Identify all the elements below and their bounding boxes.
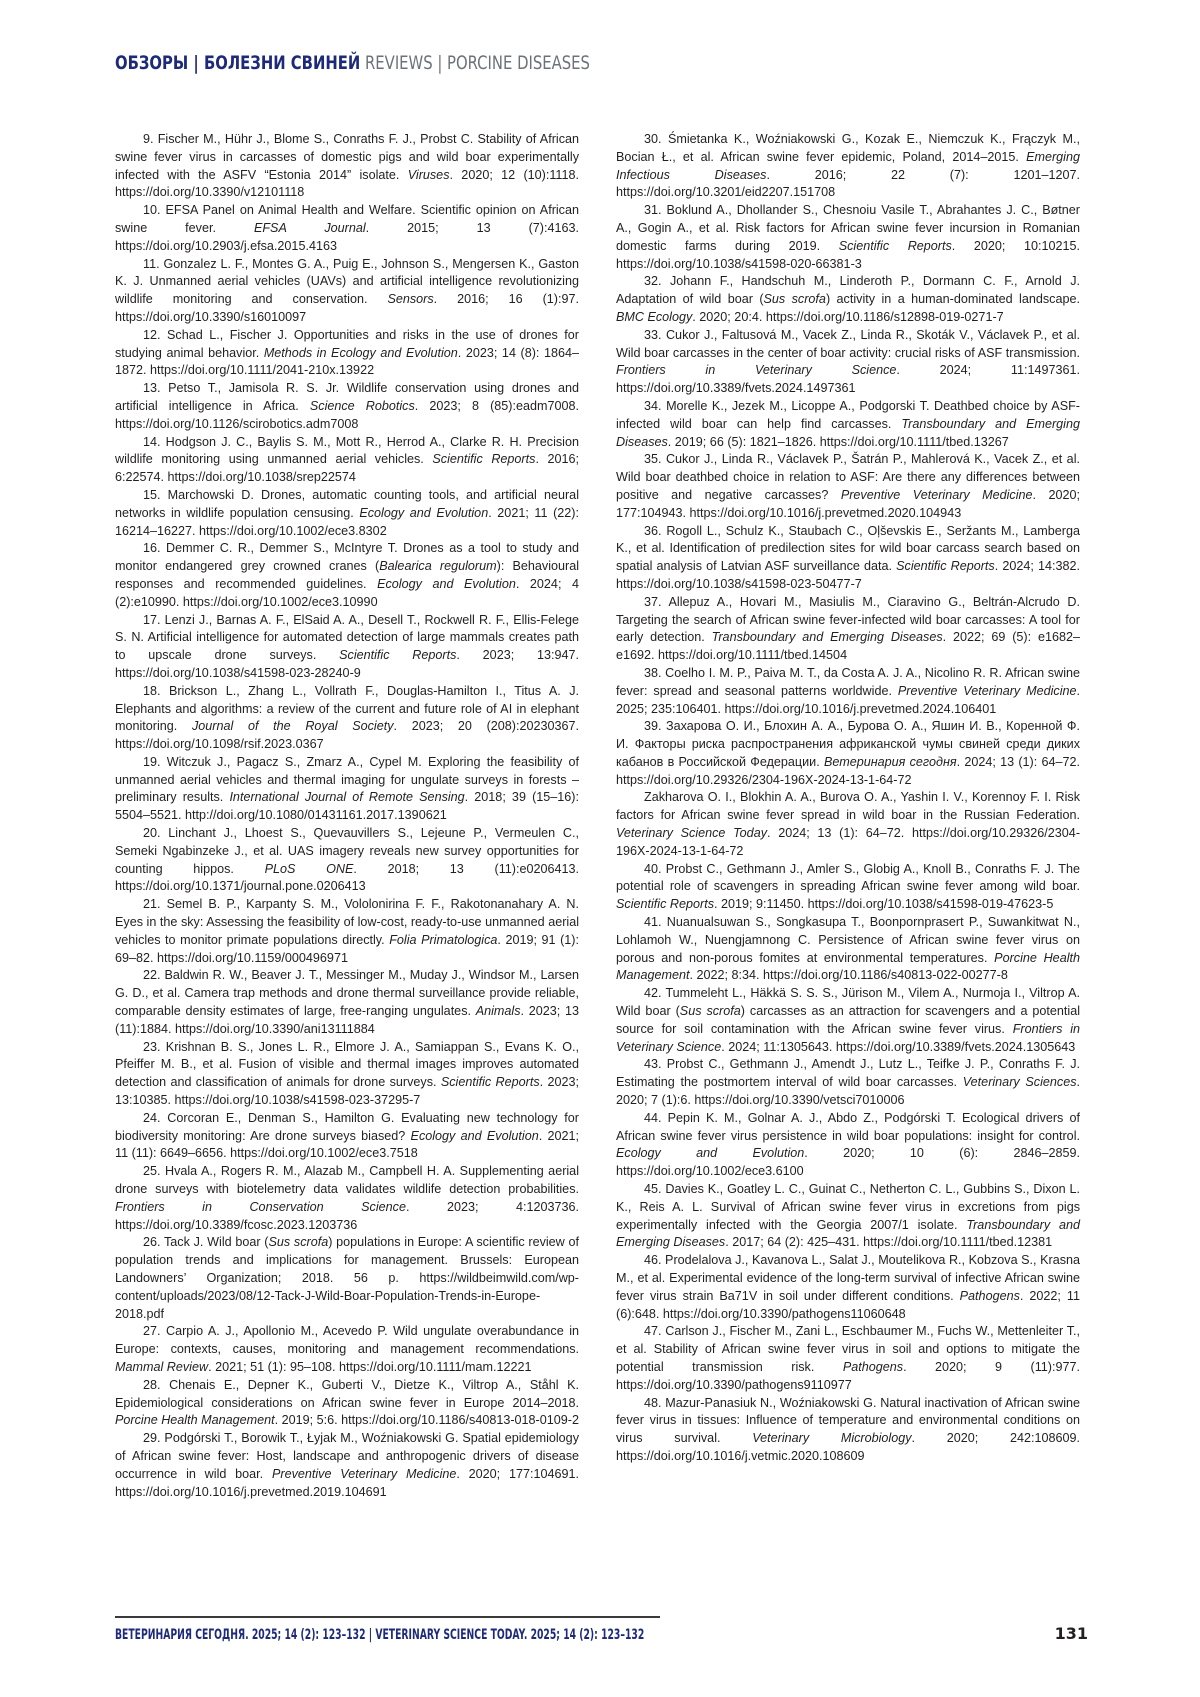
reference-journal: Veterinary Microbiology xyxy=(752,1431,911,1445)
reference-entry: 13. Petso T., Jamisola R. S. Jr. Wildlif… xyxy=(115,380,579,433)
reference-entry: 16. Demmer C. R., Demmer S., McIntyre T.… xyxy=(115,540,579,611)
reference-journal: Scientific Reports xyxy=(432,452,535,466)
reference-journal: Ecology and Evolution xyxy=(359,506,488,520)
reference-journal: Viruses xyxy=(408,168,450,182)
reference-journal: Sensors xyxy=(387,292,433,306)
reference-journal: Scientific Reports xyxy=(616,897,714,911)
reference-journal: Scientific Reports xyxy=(339,648,456,662)
reference-text: . 2019; 9:11450. https://doi.org/10.1038… xyxy=(714,897,1053,911)
reference-journal: Transboundary and Emerging Diseases xyxy=(712,630,943,644)
reference-text: . 2017; 64 (2): 425–431. https://doi.org… xyxy=(725,1235,1052,1249)
reference-entry: 18. Brickson L., Zhang L., Vollrath F., … xyxy=(115,683,579,754)
reference-journal: Scientific Reports xyxy=(839,239,952,253)
reference-text: Zakharova O. I., Blokhin A. A., Burova O… xyxy=(616,790,1080,822)
reference-journal: Preventive Veterinary Medicine xyxy=(272,1467,456,1481)
reference-entry: 42. Tummeleht L., Häkkä S. S. S., Jüriso… xyxy=(616,985,1080,1056)
reference-entry: 41. Nuanualsuwan S., Songkasupa T., Boon… xyxy=(616,914,1080,985)
reference-entry: 20. Linchant J., Lhoest S., Quevauviller… xyxy=(115,825,579,896)
reference-entry: 14. Hodgson J. C., Baylis S. M., Mott R.… xyxy=(115,434,579,487)
reference-text: 27. Carpio A. J., Apollonio M., Acevedo … xyxy=(115,1324,579,1356)
reference-journal: Veterinary Science Today xyxy=(616,826,767,840)
reference-text: . 2022; 8:34. https://doi.org/10.1186/s4… xyxy=(690,968,1008,982)
reference-journal: Animals xyxy=(476,1004,521,1018)
reference-journal: Porcine Health Management xyxy=(115,1413,275,1427)
reference-entry: Zakharova O. I., Blokhin A. A., Burova O… xyxy=(616,789,1080,860)
reference-text: 40. Probst C., Gethmann J., Amler S., Gl… xyxy=(616,862,1080,894)
reference-journal: Frontiers in Conservation Science xyxy=(115,1200,406,1214)
reference-text: . 2019; 5:6. https://doi.org/10.1186/s40… xyxy=(275,1413,579,1427)
page-number: 131 xyxy=(1055,1624,1088,1643)
reference-entry: 12. Schad L., Fischer J. Opportunities a… xyxy=(115,327,579,380)
reference-journal: International Journal of Remote Sensing xyxy=(229,790,464,804)
reference-entry: 44. Pepin K. M., Golnar A. J., Abdo Z., … xyxy=(616,1110,1080,1181)
reference-journal: Ecology and Evolution xyxy=(411,1129,539,1143)
reference-journal: Pathogens xyxy=(960,1289,1020,1303)
header-section-ru: ОБЗОРЫ | БОЛЕЗНИ СВИНЕЙ xyxy=(115,52,360,74)
reference-journal: Journal of the Royal Society xyxy=(192,719,394,733)
reference-journal: Balearica regulorum xyxy=(379,559,496,573)
reference-journal: Veterinary Sciences xyxy=(963,1075,1077,1089)
reference-entry: 11. Gonzalez L. F., Montes G. A., Puig E… xyxy=(115,256,579,327)
footer-citation: ВЕТЕРИНАРИЯ СЕГОДНЯ. 2025; 14 (2): 123–1… xyxy=(115,1627,644,1643)
reference-entry: 10. EFSA Panel on Animal Health and Welf… xyxy=(115,202,579,255)
reference-text: 44. Pepin K. M., Golnar A. J., Abdo Z., … xyxy=(616,1111,1080,1143)
reference-entry: 23. Krishnan B. S., Jones L. R., Elmore … xyxy=(115,1039,579,1110)
reference-entry: 34. Morelle K., Jezek M., Licoppe A., Po… xyxy=(616,398,1080,451)
reference-journal: Sus scrofa xyxy=(268,1235,328,1249)
reference-entry: 9. Fischer M., Hühr J., Blome S., Conrat… xyxy=(115,131,579,202)
reference-journal: BMC Ecology xyxy=(616,310,692,324)
reference-entry: 28. Chenais E., Depner K., Guberti V., D… xyxy=(115,1377,579,1430)
reference-entry: 31. Boklund A., Dhollander S., Chesnoiu … xyxy=(616,202,1080,273)
running-header: ОБЗОРЫ | БОЛЕЗНИ СВИНЕЙ REVIEWS | PORCIN… xyxy=(115,52,590,74)
reference-entry: 15. Marchowski D. Drones, automatic coun… xyxy=(115,487,579,540)
reference-entry: 21. Semel B. P., Karpanty S. M., Vololon… xyxy=(115,896,579,967)
reference-journal: Methods in Ecology and Evolution xyxy=(264,346,458,360)
reference-entry: 29. Podgórski T., Borowik T., Łyjak M., … xyxy=(115,1430,579,1501)
reference-text: ) activity in a human-dominated landscap… xyxy=(826,292,1080,306)
reference-journal: Ecology and Evolution xyxy=(377,577,516,591)
reference-journal: Preventive Veterinary Medicine xyxy=(841,488,1033,502)
reference-entry: 25. Hvala A., Rogers R. M., Alazab M., C… xyxy=(115,1163,579,1234)
reference-journal: Science Robotics xyxy=(310,399,415,413)
reference-journal: PLoS ONE xyxy=(265,862,354,876)
reference-text: . 2024; 11:1305643. https://doi.org/10.3… xyxy=(721,1040,1075,1054)
reference-entry: 35. Cukor J., Linda R., Václavek P., Šat… xyxy=(616,451,1080,522)
reference-text: 26. Tack J. Wild boar ( xyxy=(143,1235,268,1249)
reference-journal: Scientific Reports xyxy=(441,1075,540,1089)
reference-entry: 39. Захарова О. И., Блохин А. А., Бурова… xyxy=(616,718,1080,789)
reference-journal: Sus scrofa xyxy=(680,1004,741,1018)
reference-entry: 24. Corcoran E., Denman S., Hamilton G. … xyxy=(115,1110,579,1163)
reference-journal: Preventive Veterinary Medicine xyxy=(898,684,1077,698)
reference-text: . 2021; 51 (1): 95–108. https://doi.org/… xyxy=(208,1360,531,1374)
reference-entry: 43. Probst C., Gethmann J., Amendt J., L… xyxy=(616,1056,1080,1109)
reference-entry: 32. Johann F., Handschuh M., Linderoth P… xyxy=(616,273,1080,326)
footer-divider xyxy=(115,1616,660,1618)
reference-journal: Folia Primatologica xyxy=(389,933,497,947)
reference-entry: 48. Mazur-Panasiuk N., Woźniakowski G. N… xyxy=(616,1395,1080,1466)
reference-journal: Ecology and Evolution xyxy=(616,1146,804,1160)
reference-text: 33. Cukor J., Faltusová M., Vacek Z., Li… xyxy=(616,328,1080,360)
reference-text: 25. Hvala A., Rogers R. M., Alazab M., C… xyxy=(115,1164,579,1196)
reference-entry: 38. Coelho I. M. P., Paiva M. T., da Cos… xyxy=(616,665,1080,718)
reference-text: . 2020; 20:4. https://doi.org/10.1186/s1… xyxy=(692,310,1003,324)
reference-entry: 40. Probst C., Gethmann J., Amler S., Gl… xyxy=(616,861,1080,914)
reference-entry: 36. Rogoll L., Schulz K., Staubach C., O… xyxy=(616,523,1080,594)
reference-journal: EFSA Journal xyxy=(254,221,366,235)
reference-entry: 45. Davies K., Goatley L. C., Guinat C.,… xyxy=(616,1181,1080,1252)
reference-text: 28. Chenais E., Depner K., Guberti V., D… xyxy=(115,1378,579,1410)
reference-entry: 17. Lenzi J., Barnas A. F., ElSaid A. A.… xyxy=(115,612,579,683)
reference-text: 30. Śmietanka K., Woźniakowski G., Kozak… xyxy=(616,132,1080,164)
reference-entry: 33. Cukor J., Faltusová M., Vacek Z., Li… xyxy=(616,327,1080,398)
references-body: 9. Fischer M., Hühr J., Blome S., Conrat… xyxy=(115,131,1080,1501)
reference-text: . 2019; 66 (5): 1821–1826. https://doi.o… xyxy=(668,435,1009,449)
reference-journal: Scientific Reports xyxy=(896,559,995,573)
reference-journal: Pathogens xyxy=(843,1360,903,1374)
reference-journal: Ветеринария сегодня xyxy=(824,755,957,769)
reference-entry: 30. Śmietanka K., Woźniakowski G., Kozak… xyxy=(616,131,1080,202)
reference-journal: Frontiers in Veterinary Science xyxy=(616,363,896,377)
reference-entry: 47. Carlson J., Fischer M., Zani L., Esc… xyxy=(616,1323,1080,1394)
reference-entry: 22. Baldwin R. W., Beaver J. T., Messing… xyxy=(115,967,579,1038)
reference-journal: Sus scrofa xyxy=(764,292,826,306)
reference-journal: Mammal Review xyxy=(115,1360,208,1374)
references-column-right: 30. Śmietanka K., Woźniakowski G., Kozak… xyxy=(616,131,1080,1501)
references-column-left: 9. Fischer M., Hühr J., Blome S., Conrat… xyxy=(115,131,579,1501)
reference-entry: 37. Allepuz A., Hovari M., Masiulis M., … xyxy=(616,594,1080,665)
reference-entry: 27. Carpio A. J., Apollonio M., Acevedo … xyxy=(115,1323,579,1376)
reference-entry: 46. Prodelalova J., Kavanova L., Salat J… xyxy=(616,1252,1080,1323)
reference-entry: 26. Tack J. Wild boar (Sus scrofa) popul… xyxy=(115,1234,579,1323)
header-section-en: REVIEWS | PORCINE DISEASES xyxy=(365,52,590,74)
reference-entry: 19. Witczuk J., Pagacz S., Zmarz A., Cyp… xyxy=(115,754,579,825)
